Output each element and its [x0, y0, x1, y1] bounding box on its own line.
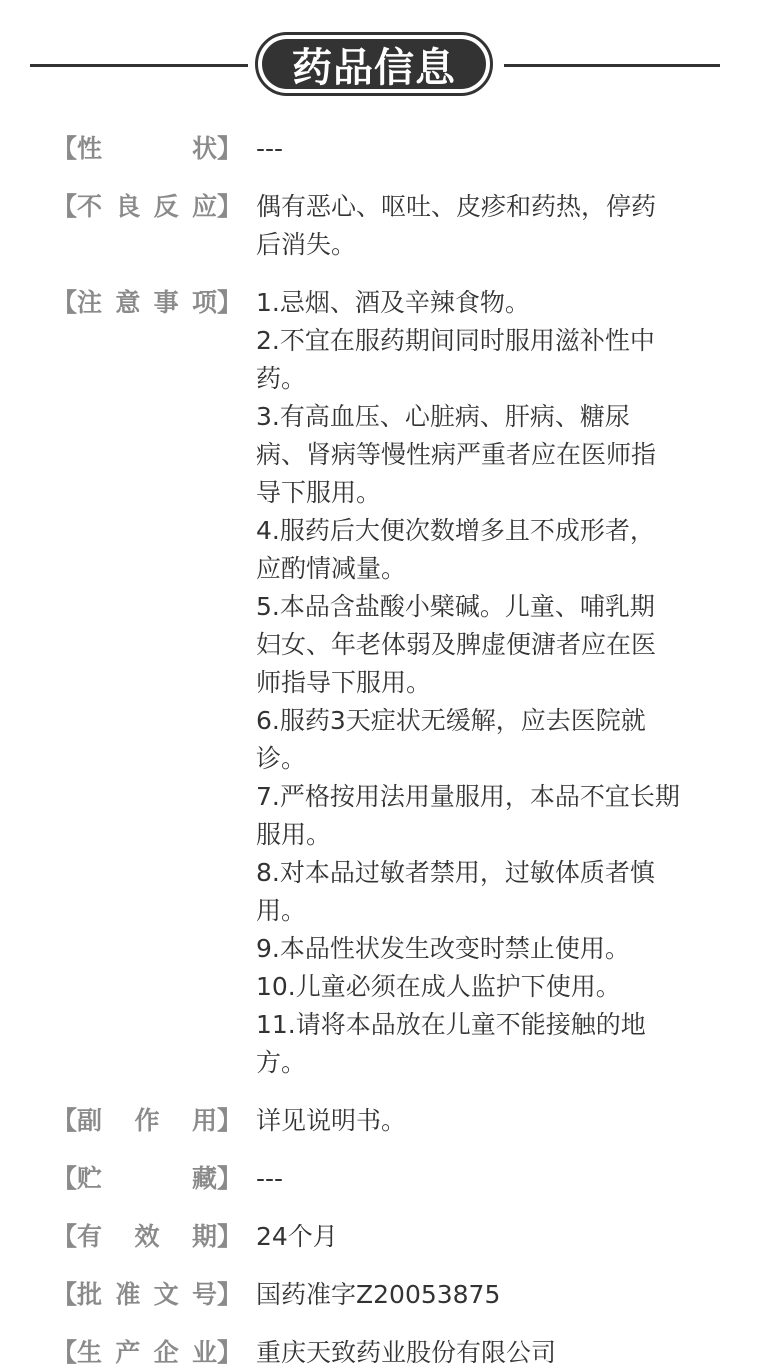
label-part: 应】 [192, 188, 242, 226]
field-value: 1.忌烟、酒及辛辣食物。 2.不宜在服药期间同时服用滋补性中 药。 3.有高血压… [256, 284, 704, 1082]
header-divider-right [504, 64, 720, 67]
field-value: --- [256, 130, 704, 168]
label-part: 【批 [52, 1276, 102, 1314]
label-part: 【注 [52, 284, 102, 322]
field-value: 24个月 [256, 1218, 704, 1256]
label-part: 号】 [192, 1276, 242, 1314]
value-line: 7.严格按用法用量服用，本品不宜长期 [256, 778, 704, 816]
value-line: 应酌情减量。 [256, 550, 704, 588]
field-label: 【性 状】 [52, 130, 242, 168]
field-label: 【贮 藏】 [52, 1160, 242, 1198]
section-title: 药品信息 [262, 39, 486, 89]
field-label: 【有 效 期】 [52, 1218, 242, 1256]
value-line: 5.本品含盐酸小檗碱。儿童、哺乳期 [256, 588, 704, 626]
value-line: 24个月 [256, 1218, 704, 1256]
value-line: 9.本品性状发生改变时禁止使用。 [256, 930, 704, 968]
label-part: 事 [154, 284, 179, 322]
field-label: 【批 准 文 号】 [52, 1276, 242, 1314]
value-line: 4.服药后大便次数增多且不成形者， [256, 512, 704, 550]
value-line: 8.对本品过敏者禁用，过敏体质者慎 [256, 854, 704, 892]
label-part: 【副 [52, 1102, 102, 1140]
value-line: 病、肾病等慢性病严重者应在医师指 [256, 436, 704, 474]
value-line: --- [256, 130, 704, 168]
label-part: 【贮 [52, 1160, 102, 1198]
field-value: 国药准字Z20053875 [256, 1276, 704, 1314]
label-part: 【有 [52, 1218, 102, 1256]
value-line: 偶有恶心、呕吐、皮疹和药热，停药 [256, 188, 704, 226]
value-line: 11.请将本品放在儿童不能接触的地 [256, 1006, 704, 1044]
label-part: 企 [154, 1334, 179, 1372]
label-part: 意 [115, 284, 140, 322]
field-label: 【注 意 事 项】 [52, 284, 242, 322]
field-label: 【生 产 企 业】 [52, 1334, 242, 1372]
label-part: 业】 [192, 1334, 242, 1372]
value-line: 2.不宜在服药期间同时服用滋补性中 [256, 322, 704, 360]
field-value: 详见说明书。 [256, 1102, 704, 1140]
label-part: 状】 [192, 130, 242, 168]
value-line: 诊。 [256, 740, 704, 778]
value-line: --- [256, 1160, 704, 1198]
label-part: 产 [115, 1334, 140, 1372]
label-part: 文 [154, 1276, 179, 1314]
value-line: 重庆天致药业股份有限公司 [256, 1334, 704, 1372]
label-part: 项】 [192, 284, 242, 322]
value-line: 服用。 [256, 816, 704, 854]
header-divider-left [30, 64, 248, 67]
label-part: 良 [115, 188, 140, 226]
field-label: 【副 作 用】 [52, 1102, 242, 1140]
value-line: 10.儿童必须在成人监护下使用。 [256, 968, 704, 1006]
label-part: 【生 [52, 1334, 102, 1372]
value-line: 师指导下服用。 [256, 664, 704, 702]
label-part: 效 [134, 1218, 159, 1256]
label-part: 期】 [192, 1218, 242, 1256]
value-line: 3.有高血压、心脏病、肝病、糖尿 [256, 398, 704, 436]
label-part: 藏】 [192, 1160, 242, 1198]
value-line: 导下服用。 [256, 474, 704, 512]
label-part: 作 [134, 1102, 159, 1140]
label-part: 反 [154, 188, 179, 226]
label-part: 准 [115, 1276, 140, 1314]
title-badge: 药品信息 [255, 32, 493, 96]
field-value: 偶有恶心、呕吐、皮疹和药热，停药 后消失。 [256, 188, 704, 264]
label-part: 用】 [192, 1102, 242, 1140]
section-header: 药品信息 [0, 30, 760, 100]
value-line: 方。 [256, 1044, 704, 1082]
field-value: 重庆天致药业股份有限公司 [256, 1334, 704, 1372]
value-line: 6.服药3天症状无缓解，应去医院就 [256, 702, 704, 740]
value-line: 国药准字Z20053875 [256, 1276, 704, 1314]
label-part: 【不 [52, 188, 102, 226]
field-value: --- [256, 1160, 704, 1198]
value-line: 1.忌烟、酒及辛辣食物。 [256, 284, 704, 322]
value-line: 药。 [256, 360, 704, 398]
value-line: 妇女、年老体弱及脾虚便溏者应在医 [256, 626, 704, 664]
value-line: 详见说明书。 [256, 1102, 704, 1140]
value-line: 后消失。 [256, 226, 704, 264]
value-line: 用。 [256, 892, 704, 930]
field-label: 【不 良 反 应】 [52, 188, 242, 226]
label-part: 【性 [52, 130, 102, 168]
